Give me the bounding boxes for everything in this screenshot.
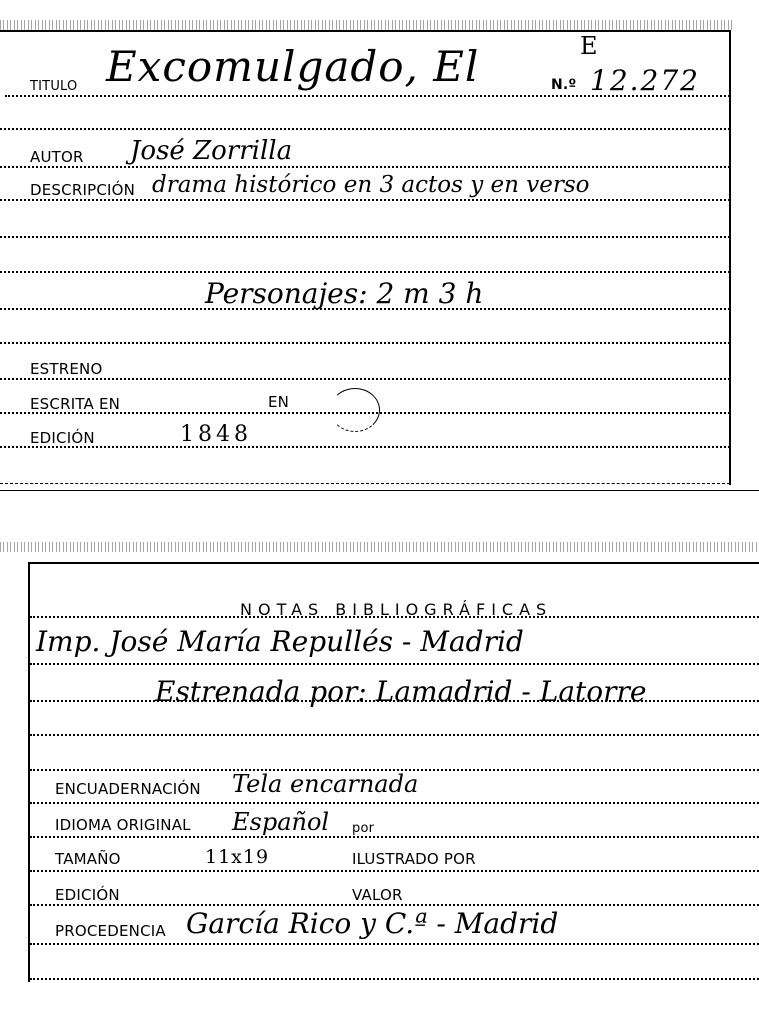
rule-line bbox=[30, 904, 759, 906]
card-left-edge bbox=[28, 562, 30, 982]
rule-line bbox=[0, 271, 730, 273]
encuadernacion-value: Tela encarnada bbox=[232, 772, 418, 796]
procedencia-label: PROCEDENCIA bbox=[55, 924, 166, 939]
rule-line bbox=[0, 378, 730, 380]
rule-line bbox=[0, 128, 730, 130]
titulo-label: TITULO bbox=[30, 80, 77, 93]
personajes-value: Personajes: 2 m 3 h bbox=[205, 280, 483, 308]
tamano-label: TAMAÑO bbox=[55, 852, 121, 867]
notas-heading: NOTAS BIBLIOGRÁFICAS bbox=[240, 600, 552, 619]
titulo-value: Excomulgado, El bbox=[106, 46, 479, 88]
rule-line bbox=[30, 943, 759, 945]
escrita-en-label: ESCRITA EN bbox=[30, 397, 120, 412]
rule-line bbox=[0, 342, 730, 344]
descripcion-label: DESCRIPCIÓN bbox=[30, 183, 135, 198]
rule-line bbox=[0, 236, 730, 238]
edicion-label: EDICIÓN bbox=[55, 888, 120, 903]
descripcion-value: drama histórico en 3 actos y en verso bbox=[152, 174, 589, 197]
edicion-label: EDICIÓN bbox=[30, 431, 95, 446]
rule-line bbox=[0, 199, 730, 201]
autor-label: AUTOR bbox=[30, 150, 84, 165]
scan-noise-border bbox=[0, 20, 735, 30]
encuadernacion-label: ENCUADERNACIÓN bbox=[55, 782, 201, 797]
card-top-edge bbox=[0, 30, 730, 32]
numero-value: 12.272 bbox=[590, 67, 700, 95]
note-line: Estrenada por: Lamadrid - Latorre bbox=[155, 678, 646, 706]
card-right-edge bbox=[729, 30, 731, 485]
card-top-edge bbox=[28, 562, 759, 564]
rule-line bbox=[30, 870, 759, 872]
rule-line bbox=[30, 663, 759, 665]
scan-noise-border bbox=[0, 542, 759, 552]
por-label: por bbox=[352, 822, 374, 835]
edicion-value: 1848 bbox=[180, 424, 252, 446]
numero-prefix: E bbox=[580, 34, 598, 58]
rule-line bbox=[0, 446, 730, 448]
estreno-label: ESTRENO bbox=[30, 362, 103, 377]
tamano-value: 11x19 bbox=[205, 848, 269, 867]
idioma-label: IDIOMA ORIGINAL bbox=[55, 818, 191, 833]
card-bottom-edge bbox=[0, 490, 759, 491]
rule-line bbox=[30, 836, 759, 838]
autor-value: José Zorrilla bbox=[130, 138, 292, 164]
stamp-mark bbox=[330, 388, 380, 432]
rule-line bbox=[30, 802, 759, 804]
procedencia-value: García Rico y C.ª - Madrid bbox=[186, 910, 558, 938]
ilustrado-label: ILUSTRADO POR bbox=[352, 852, 476, 867]
rule-line bbox=[30, 978, 759, 980]
numero-label: N.º bbox=[551, 78, 577, 92]
card-bottom-dash bbox=[0, 483, 730, 484]
en-label: EN bbox=[268, 395, 289, 410]
note-line: Imp. José María Repullés - Madrid bbox=[36, 628, 524, 656]
valor-label: VALOR bbox=[352, 888, 403, 903]
idioma-value: Español bbox=[232, 810, 329, 834]
rule-line bbox=[30, 734, 759, 736]
rule-line bbox=[0, 166, 730, 168]
